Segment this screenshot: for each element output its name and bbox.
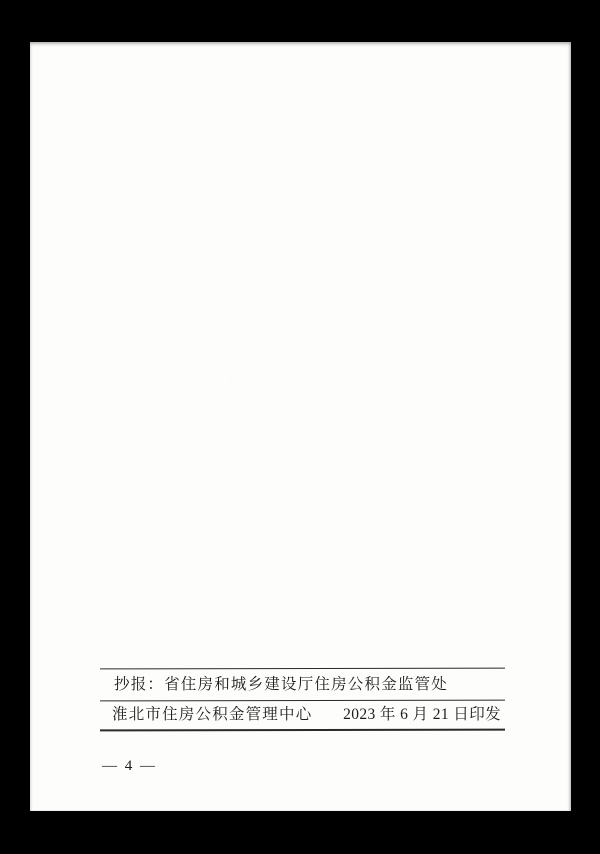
document-page: 抄报：省住房和城乡建设厅住房公积金监管处 淮北市住房公积金管理中心 2023 年… (30, 42, 571, 811)
cc-line: 抄报：省住房和城乡建设厅住房公积金监管处 (100, 669, 505, 700)
footer-rule-bottom (100, 729, 505, 732)
page-number: — 4 — (102, 758, 157, 775)
print-date: 2023 年 6 月 21 日印发 (343, 701, 501, 729)
scan-background: { "document": { "footer": { "cc_line": "… (0, 0, 600, 854)
issuer-row: 淮北市住房公积金管理中心 2023 年 6 月 21 日印发 (100, 701, 505, 729)
issuing-org: 淮北市住房公积金管理中心 (112, 701, 312, 729)
document-footer: 抄报：省住房和城乡建设厅住房公积金监管处 淮北市住房公积金管理中心 2023 年… (100, 668, 505, 731)
